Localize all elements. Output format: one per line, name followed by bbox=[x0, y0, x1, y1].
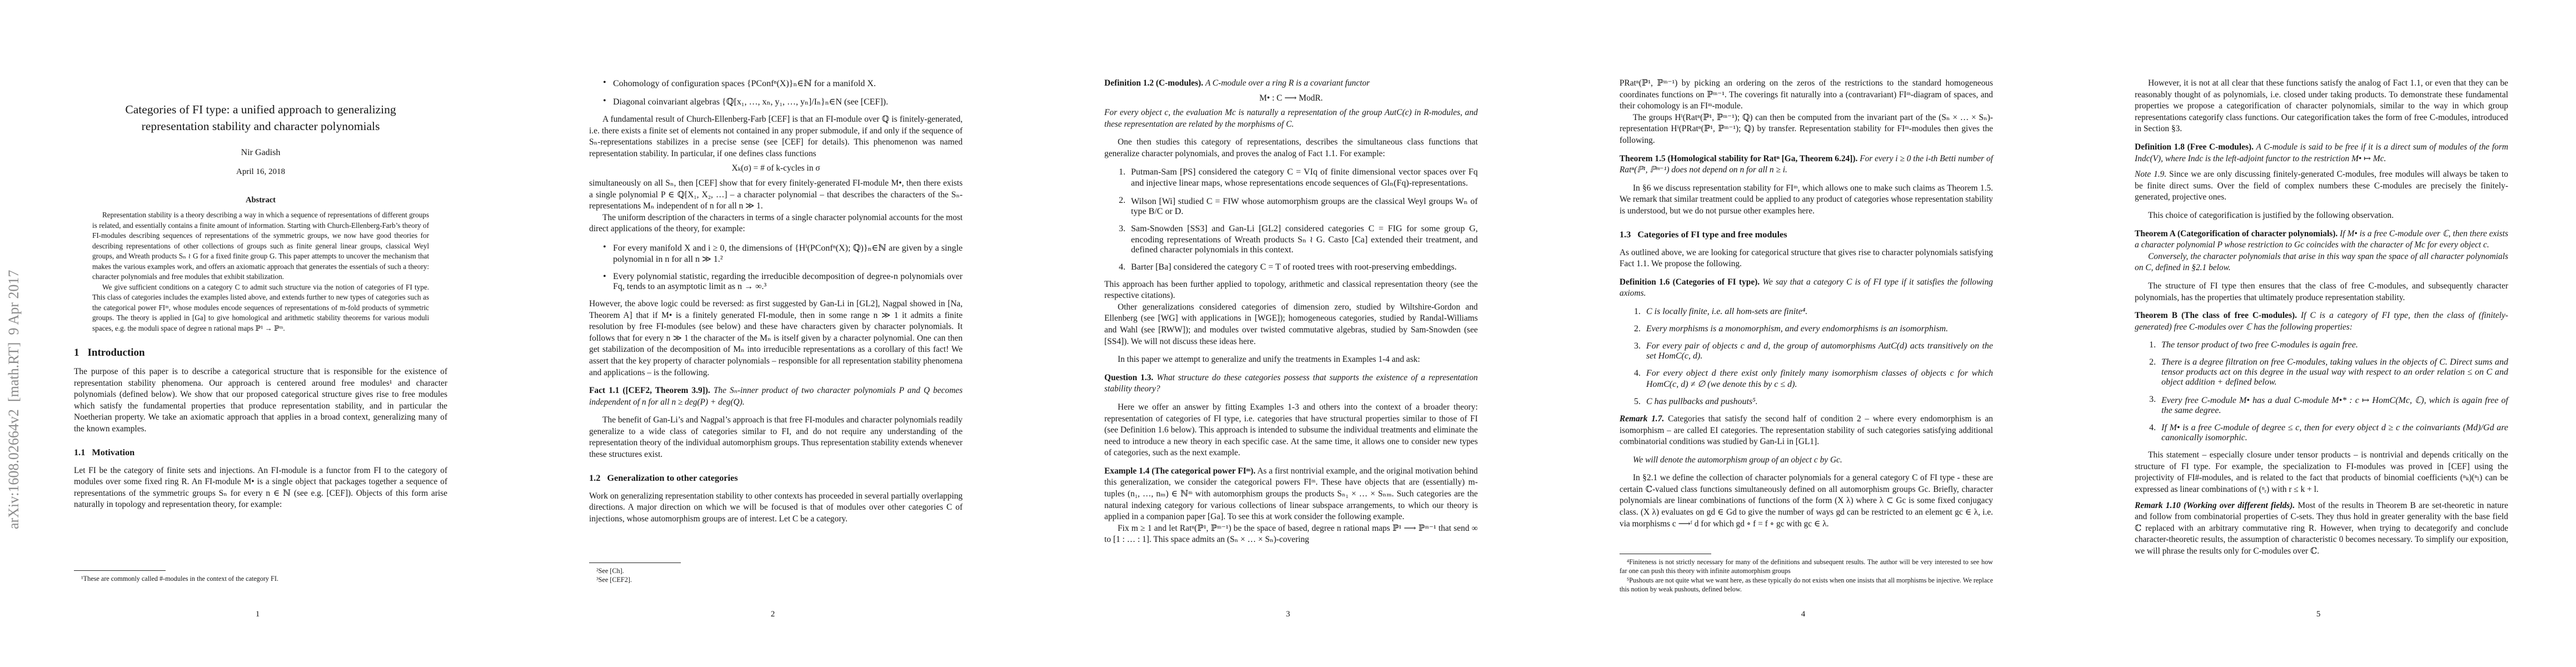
paragraph: This approach has been further applied t… bbox=[1104, 279, 1478, 302]
bullet-icon: • bbox=[589, 242, 613, 265]
numbered-item: 1. The tensor product of two free C-modu… bbox=[2135, 340, 2508, 350]
paragraph: As outlined above, we are looking for ca… bbox=[1620, 247, 1993, 270]
paragraph: In this paper we attempt to generalize a… bbox=[1104, 354, 1478, 366]
item-text: Putman-Sam [PS] considered the category … bbox=[1131, 167, 1478, 188]
item-number: 1. bbox=[2149, 340, 2161, 350]
example-block: Example 1.4 (The categorical power FIᵐ).… bbox=[1104, 466, 1478, 523]
page-1-content: Categories of FI type: a unified approac… bbox=[74, 101, 447, 511]
theorem-label: Theorem A (Categorification of character… bbox=[2135, 229, 2338, 238]
subsection-number: 1.2 bbox=[589, 472, 600, 483]
paragraph: Here we offer an answer by fitting Examp… bbox=[1104, 402, 1478, 459]
subsection-title: Motivation bbox=[92, 447, 134, 457]
page-5: However, it is not at all clear that the… bbox=[2061, 0, 2576, 667]
bullet-icon: • bbox=[589, 96, 613, 107]
item-text: If M• is a free C-module of degree ≤ c, … bbox=[2161, 423, 2508, 443]
item-number: 1. bbox=[1119, 167, 1131, 188]
footnote: ⁴Finiteness is not strictly necessary fo… bbox=[1620, 558, 1993, 576]
definition-continuation: For every object c, the evaluation Mc is… bbox=[1104, 107, 1478, 130]
footnote-rule bbox=[1620, 554, 1711, 554]
paragraph: The purpose of this paper is to describe… bbox=[74, 366, 447, 435]
paragraph: PRatⁿ(ℙ¹, ℙᵐ⁻¹) by picking an ordering o… bbox=[1620, 78, 1993, 112]
paragraph: In §2.1 we define the collection of char… bbox=[1620, 472, 1993, 530]
abstract-paragraph: We give sufficient conditions on a categ… bbox=[92, 282, 429, 334]
bullet-item: • Diagonal coinvariant algebras {ℚ[x₁, …… bbox=[589, 96, 963, 107]
item-number: 4. bbox=[2149, 423, 2161, 443]
numbered-item: 1. Putman-Sam [PS] considered the catego… bbox=[1104, 167, 1478, 188]
item-text: Sam-Snowden [SS3] and Gan-Li [GL2] consi… bbox=[1131, 224, 1478, 255]
bullet-icon: • bbox=[589, 78, 613, 89]
item-number: 3. bbox=[1119, 224, 1131, 255]
paper-title: Categories of FI type: a unified approac… bbox=[74, 101, 447, 135]
page-2-content: • Cohomology of configuration spaces {PC… bbox=[589, 78, 963, 525]
paragraph: The benefit of Gan-Li’s and Nagpal’s app… bbox=[589, 415, 963, 460]
theorem-label: Theorem 1.5 (Homological stability for R… bbox=[1620, 154, 1857, 163]
bullet-text: Cohomology of configuration spaces {PCon… bbox=[613, 78, 963, 89]
footnote-block: ²See [Ch]. ³See [CEF2]. bbox=[589, 563, 963, 585]
theorem-label: Theorem B (The class of free C-modules). bbox=[2135, 311, 2297, 320]
item-text: C is locally finite, i.e. all hom-sets a… bbox=[1646, 307, 1993, 317]
footnote: ¹These are commonly called #-modules in … bbox=[74, 574, 447, 583]
page-number: 5 bbox=[2061, 610, 2576, 619]
paragraph: Let FI be the category of finite sets an… bbox=[74, 465, 447, 511]
note-body: Since we are only discussing finitely-ge… bbox=[2135, 170, 2508, 202]
paragraph: However, the above logic could be revers… bbox=[589, 298, 963, 379]
numbered-item: 5. C has pullbacks and pushouts⁵. bbox=[1620, 397, 1993, 407]
numbered-item: 2. Wilson [Wi] studied C = FIW whose aut… bbox=[1104, 196, 1478, 217]
numbered-item: 3. For every pair of objects c and d, th… bbox=[1620, 341, 1993, 361]
footnote-rule bbox=[74, 570, 166, 571]
item-number: 2. bbox=[1634, 324, 1646, 334]
item-number: 1. bbox=[1634, 307, 1646, 317]
paper-title-line1: Categories of FI type: a unified approac… bbox=[74, 101, 447, 118]
item-number: 2. bbox=[1119, 196, 1131, 217]
section-title: Introduction bbox=[88, 347, 145, 359]
page-5-content: However, it is not at all clear that the… bbox=[2135, 78, 2508, 558]
paragraph: In §6 we discuss representation stabilit… bbox=[1620, 183, 1993, 217]
note-label: Note 1.9. bbox=[2135, 170, 2166, 179]
paragraph: This choice of categorification is justi… bbox=[2135, 210, 2508, 222]
date: April 16, 2018 bbox=[74, 167, 447, 177]
footnote: ²See [Ch]. bbox=[589, 566, 963, 575]
bullet-item: • For every manifold X and i ≥ 0, the di… bbox=[589, 242, 963, 265]
paragraph: This statement – especially closure unde… bbox=[2135, 450, 2508, 495]
item-text: Every free C-module M• has a dual C-modu… bbox=[2161, 395, 2508, 416]
numbered-item: 3. Every free C-module M• has a dual C-m… bbox=[2135, 395, 2508, 416]
item-text: Every morphisms is a monomorphism, and e… bbox=[1646, 324, 1993, 334]
bullet-item: • Cohomology of configuration spaces {PC… bbox=[589, 78, 963, 89]
paragraph: Other generalizations considered categor… bbox=[1104, 302, 1478, 347]
remark-block: Remark 1.10 (Working over different fiel… bbox=[2135, 500, 2508, 558]
remark-label: Remark 1.7. bbox=[1620, 414, 1664, 424]
section-number: 1 bbox=[74, 347, 79, 359]
author: Nir Gadish bbox=[74, 148, 447, 158]
paragraph: One then studies this category of repres… bbox=[1104, 137, 1478, 160]
definition-label: Definition 1.6 (Categories of FI type). bbox=[1620, 277, 1760, 287]
theorem-block: Theorem 1.5 (Homological stability for R… bbox=[1620, 153, 1993, 176]
display-formula: Xₖ(σ) = # of k-cycles in σ bbox=[589, 163, 963, 175]
item-text: There is a degree filtration on free C-m… bbox=[2161, 357, 2508, 387]
definition-body: A C-module over a ring R is a covariant … bbox=[1205, 78, 1370, 88]
bullet-text: Diagonal coinvariant algebras {ℚ[x₁, …, … bbox=[613, 96, 963, 107]
theorem-block: Theorem B (The class of free C-modules).… bbox=[2135, 310, 2508, 333]
definition-block: Definition 1.6 (Categories of FI type). … bbox=[1620, 277, 1993, 300]
subsection-title: Categories of FI type and free modules bbox=[1637, 229, 1787, 240]
page-4-content: PRatⁿ(ℙ¹, ℙᵐ⁻¹) by picking an ordering o… bbox=[1620, 78, 1993, 530]
item-number: 4. bbox=[1119, 262, 1131, 272]
item-text: C has pullbacks and pushouts⁵. bbox=[1646, 397, 1993, 407]
subsection-title: Generalization to other categories bbox=[607, 472, 738, 483]
numbered-item: 2. Every morphisms is a monomorphism, an… bbox=[1620, 324, 1993, 334]
item-number: 2. bbox=[2149, 357, 2161, 387]
paragraph: A fundamental result of Church-Ellenberg… bbox=[589, 114, 963, 160]
arxiv-stamp: arXiv:1608.02664v2 [math.RT] 9 Apr 2017 bbox=[6, 270, 22, 529]
question-label: Question 1.3. bbox=[1104, 373, 1153, 382]
definition-label: Definition 1.2 (C-modules). bbox=[1104, 78, 1203, 88]
item-text: Barter [Ba] considered the category C = … bbox=[1131, 262, 1478, 272]
subsection-heading-motivation: 1.1Motivation bbox=[74, 447, 447, 458]
page-1: arXiv:1608.02664v2 [math.RT] 9 Apr 2017 … bbox=[0, 0, 515, 667]
fact-label: Fact 1.1 ([CEF2, Theorem 3.9]). bbox=[589, 386, 710, 395]
item-number: 3. bbox=[1634, 341, 1646, 361]
paragraph: The groups Hⁱ(Ratⁿ(ℙ¹, ℙᵐ⁻¹); ℚ) can the… bbox=[1620, 112, 1993, 147]
footnote: ⁵Pushouts are not quite what we want her… bbox=[1620, 576, 1993, 594]
numbered-item: 4. Barter [Ba] considered the category C… bbox=[1104, 262, 1478, 272]
footnote-block: ⁴Finiteness is not strictly necessary fo… bbox=[1620, 554, 1993, 594]
remark-label: Remark 1.10 (Working over different fiel… bbox=[2135, 501, 2295, 510]
example-label: Example 1.4 (The categorical power FIᵐ). bbox=[1104, 466, 1255, 476]
subsection-heading-fi-type: 1.3Categories of FI type and free module… bbox=[1620, 229, 1993, 240]
bullet-item: • Every polynomial statistic, regarding … bbox=[589, 272, 963, 292]
item-number: 5. bbox=[1634, 397, 1646, 407]
numbered-item: 3. Sam-Snowden [SS3] and Gan-Li [GL2] co… bbox=[1104, 224, 1478, 255]
footnote: ³See [CEF2]. bbox=[589, 575, 963, 584]
item-text: The tensor product of two free C-modules… bbox=[2161, 340, 2508, 350]
item-number: 3. bbox=[2149, 395, 2161, 416]
item-text: For every object d there exist only fini… bbox=[1646, 369, 1993, 390]
paragraph: Work on generalizing representation stab… bbox=[589, 491, 963, 525]
subsection-number: 1.1 bbox=[74, 447, 85, 457]
bullet-icon: • bbox=[589, 272, 613, 292]
section-heading-introduction: 1Introduction bbox=[74, 347, 447, 359]
bullet-text: For every manifold X and i ≥ 0, the dime… bbox=[613, 242, 963, 265]
definition-label: Definition 1.8 (Free C-modules). bbox=[2135, 142, 2254, 152]
item-text: Wilson [Wi] studied C = FIW whose automo… bbox=[1131, 196, 1478, 217]
page-number: 4 bbox=[1546, 610, 2061, 619]
remark-body: Categories that satisfy the second half … bbox=[1620, 414, 1993, 446]
abstract-paragraph: Representation stability is a theory des… bbox=[92, 210, 429, 282]
page-4: PRatⁿ(ℙ¹, ℙᵐ⁻¹) by picking an ordering o… bbox=[1546, 0, 2061, 667]
paragraph: Fix m ≥ 1 and let Ratⁿ(ℙ¹, ℙᵐ⁻¹) be the … bbox=[1104, 523, 1478, 546]
note-block: Note 1.9. Since we are only discussing f… bbox=[2135, 169, 2508, 203]
question-body: What structure do these categories posse… bbox=[1104, 373, 1478, 394]
theorem-continuation: Conversely, the character polynomials th… bbox=[2135, 251, 2508, 274]
item-number: 4. bbox=[1634, 369, 1646, 390]
paper-title-line2: representation stability and character p… bbox=[74, 118, 447, 135]
paragraph: The uniform description of the character… bbox=[589, 212, 963, 235]
subsection-heading-generalization: 1.2Generalization to other categories bbox=[589, 472, 963, 484]
numbered-item: 4. If M• is a free C-module of degree ≤ … bbox=[2135, 423, 2508, 443]
numbered-item: 1. C is locally finite, i.e. all hom-set… bbox=[1620, 307, 1993, 317]
paragraph: However, it is not at all clear that the… bbox=[2135, 78, 2508, 135]
bullet-text: Every polynomial statistic, regarding th… bbox=[613, 272, 963, 292]
paragraph: We will denote the automorphism group of… bbox=[1620, 455, 1993, 466]
item-text: For every pair of objects c and d, the g… bbox=[1646, 341, 1993, 361]
abstract-heading: Abstract bbox=[74, 196, 447, 205]
page-3-content: Definition 1.2 (C-modules). A C-module o… bbox=[1104, 78, 1478, 546]
page-3: Definition 1.2 (C-modules). A C-module o… bbox=[1030, 0, 1546, 667]
footnote-rule bbox=[589, 563, 681, 563]
page-2: • Cohomology of configuration spaces {PC… bbox=[515, 0, 1030, 667]
page-number: 2 bbox=[515, 610, 1030, 619]
display-formula: M• : C ⟶ ModR. bbox=[1104, 93, 1478, 104]
page-number: 3 bbox=[1030, 610, 1546, 619]
numbered-item: 4. For every object d there exist only f… bbox=[1620, 369, 1993, 390]
fact-block: Fact 1.1 ([CEF2, Theorem 3.9]). The Sₙ-i… bbox=[589, 385, 963, 408]
page-number: 1 bbox=[0, 610, 515, 619]
abstract: Representation stability is a theory des… bbox=[92, 210, 429, 333]
theorem-block: Theorem A (Categorification of character… bbox=[2135, 228, 2508, 251]
definition-block: Definition 1.2 (C-modules). A C-module o… bbox=[1104, 78, 1478, 89]
numbered-item: 2. There is a degree filtration on free … bbox=[2135, 357, 2508, 387]
paragraph: simultaneously on all Sₙ, then [CEF] sho… bbox=[589, 178, 963, 212]
question-block: Question 1.3. What structure do these ca… bbox=[1104, 372, 1478, 395]
subsection-number: 1.3 bbox=[1620, 229, 1631, 240]
document-canvas: arXiv:1608.02664v2 [math.RT] 9 Apr 2017 … bbox=[0, 0, 2576, 667]
paragraph: The structure of FI type then ensures th… bbox=[2135, 281, 2508, 303]
definition-block: Definition 1.8 (Free C-modules). A C-mod… bbox=[2135, 142, 2508, 165]
footnote-block: ¹These are commonly called #-modules in … bbox=[74, 570, 447, 583]
remark-block: Remark 1.7. Categories that satisfy the … bbox=[1620, 414, 1993, 448]
